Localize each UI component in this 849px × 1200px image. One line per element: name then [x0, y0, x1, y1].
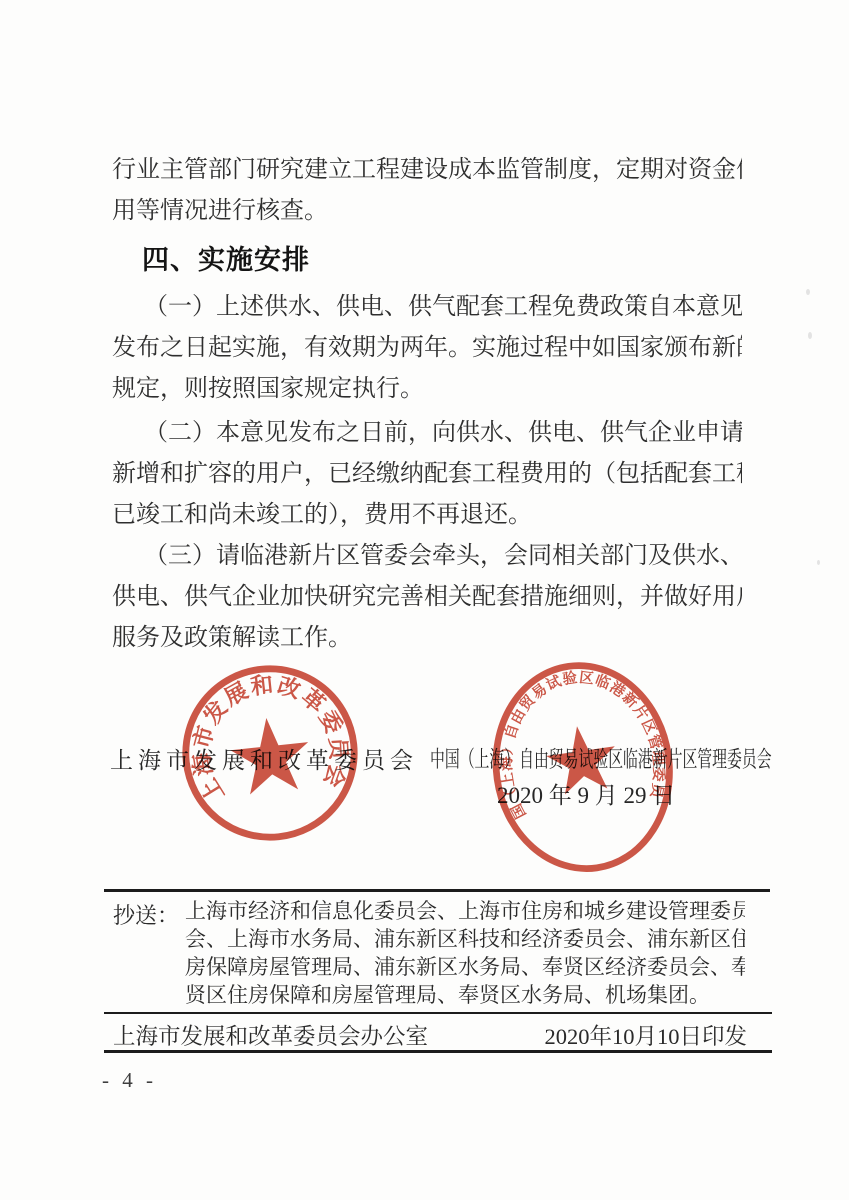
- text-line: 规定，则按照国家规定执行。: [112, 369, 742, 410]
- scan-speck: [817, 560, 820, 565]
- issuing-office: 上海市发展和改革委员会办公室: [113, 1019, 428, 1051]
- paragraph-continuation: 行业主管部门研究建立工程建设成本监管制度，定期对资金使用等情况进行核查。: [112, 150, 742, 232]
- scan-speck: [806, 289, 810, 295]
- page-number: - 4 -: [102, 1068, 157, 1093]
- section-heading: 四、实施安排: [142, 240, 742, 281]
- footer-rule-top: [104, 889, 770, 892]
- text-line: 上海市经济和信息化委员会、上海市住房和城乡建设管理委员: [185, 897, 745, 925]
- official-seal-left-icon: 上海市发展和改革委员会: [168, 651, 372, 855]
- cc-recipient-list: 上海市经济和信息化委员会、上海市住房和城乡建设管理委员会、上海市水务局、浦东新区…: [185, 897, 745, 1009]
- seal-star-icon: [543, 721, 621, 796]
- text-line: （一）上述供水、供电、供气配套工程免费政策自本意见: [112, 287, 742, 328]
- footer-rule-mid: [104, 1012, 772, 1014]
- cc-label: 抄送：: [113, 899, 179, 930]
- paragraph-item-1: （一）上述供水、供电、供气配套工程免费政策自本意见发布之日起实施，有效期为两年。…: [112, 287, 742, 410]
- text-line: （三）请临港新片区管委会牵头，会同相关部门及供水、: [112, 536, 742, 577]
- document-body: 行业主管部门研究建立工程建设成本监管制度，定期对资金使用等情况进行核查。 四、实…: [112, 150, 742, 659]
- text-line: 房保障房屋管理局、浦东新区水务局、奉贤区经济委员会、奉: [185, 953, 745, 981]
- text-line: 已竣工和尚未竣工的），费用不再退还。: [112, 495, 742, 536]
- paragraph-item-3: （三）请临港新片区管委会牵头，会同相关部门及供水、供电、供气企业加快研究完善相关…: [112, 536, 742, 659]
- official-seal-right-icon: 中国（上海）自由贸易试验区临港新片区管理委员会: [472, 646, 693, 893]
- text-line: 行业主管部门研究建立工程建设成本监管制度，定期对资金使: [112, 150, 742, 191]
- text-line: 供电、供气企业加快研究完善相关配套措施细则，并做好用户: [112, 577, 742, 618]
- text-line: 会、上海市水务局、浦东新区科技和经济委员会、浦东新区住: [185, 925, 745, 953]
- scanned-official-document-page: 行业主管部门研究建立工程建设成本监管制度，定期对资金使用等情况进行核查。 四、实…: [0, 0, 849, 1200]
- text-line: （二）本意见发布之日前，向供水、供电、供气企业申请: [112, 413, 742, 454]
- text-line: 贤区住房保障和房屋管理局、奉贤区水务局、机场集团。: [185, 981, 745, 1009]
- seal-star-icon: [227, 714, 312, 796]
- paragraph-item-2: （二）本意见发布之日前，向供水、供电、供气企业申请新增和扩容的用户，已经缴纳配套…: [112, 413, 742, 536]
- text-line: 发布之日起实施，有效期为两年。实施过程中如国家颁布新的: [112, 328, 742, 369]
- text-line: 新增和扩容的用户，已经缴纳配套工程费用的（包括配套工程: [112, 454, 742, 495]
- footer-rule-bottom: [104, 1050, 772, 1053]
- print-date: 2020年10月10日印发: [505, 1019, 747, 1051]
- scan-speck: [808, 332, 812, 339]
- text-line: 用等情况进行核查。: [112, 191, 742, 232]
